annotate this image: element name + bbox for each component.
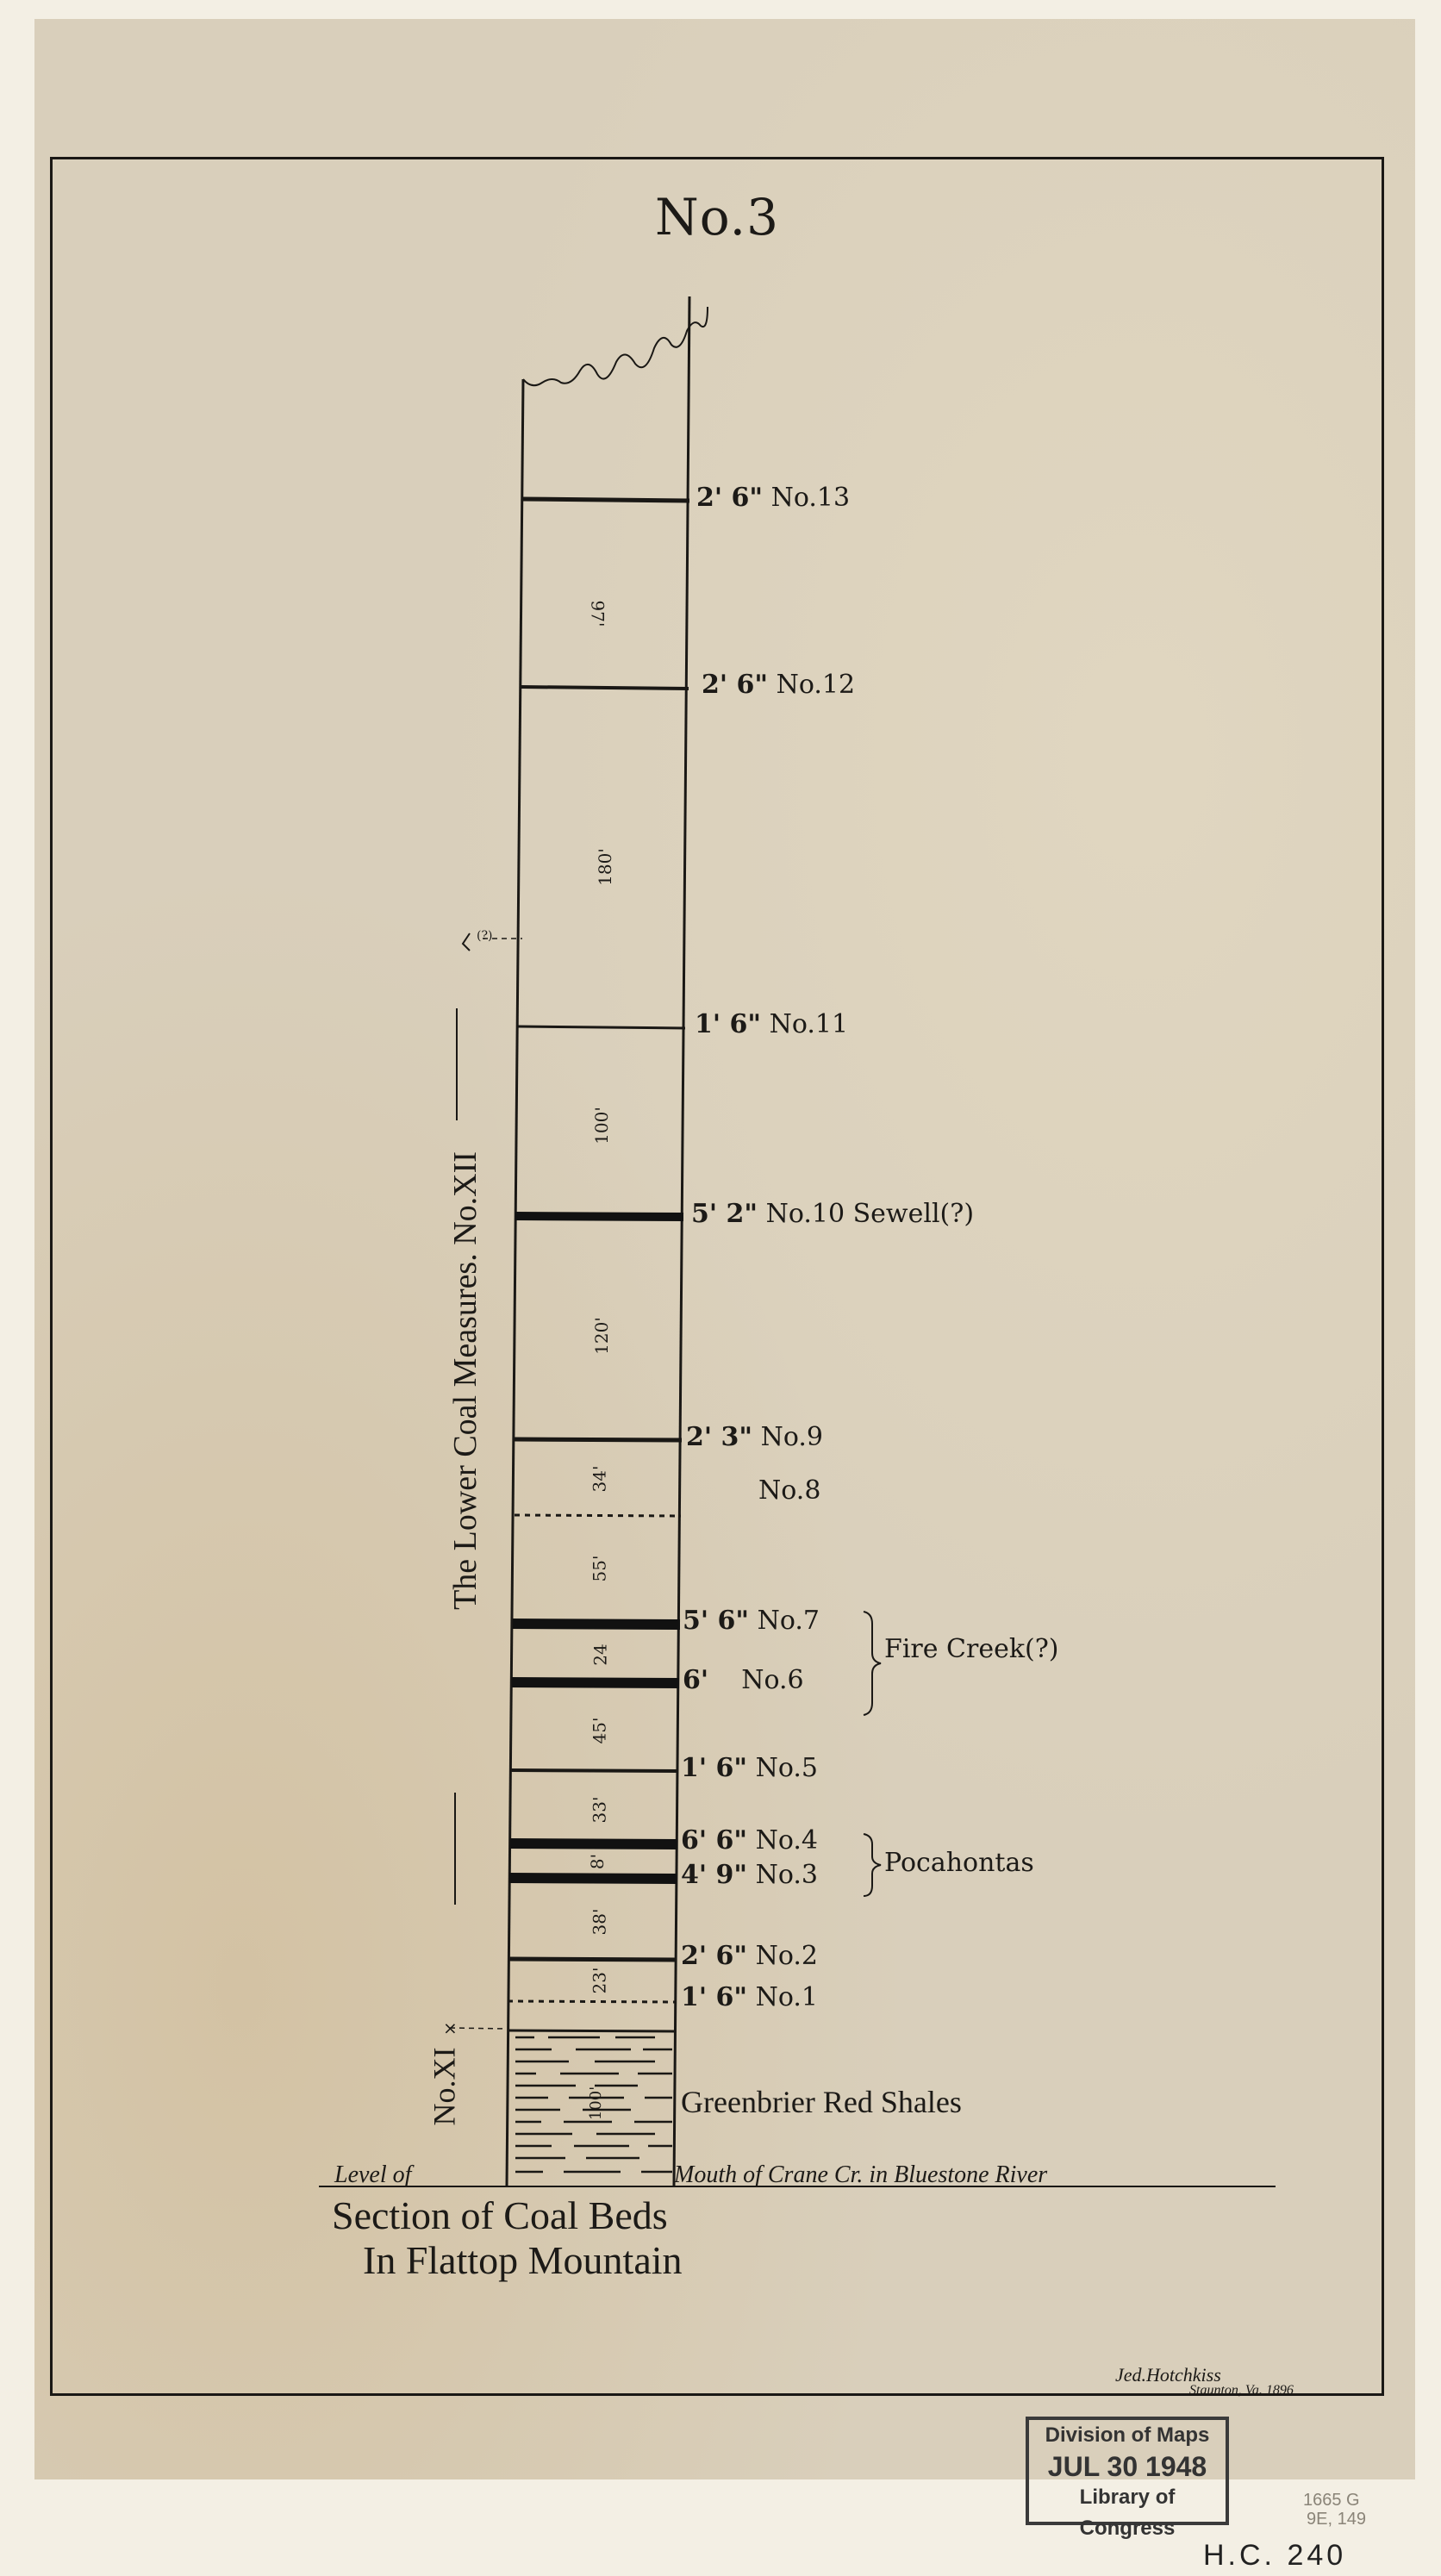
coal-line-no12 xyxy=(521,687,689,689)
interval-label: 34' xyxy=(589,1466,609,1493)
coal-line-no10 xyxy=(515,1216,683,1217)
coal-bed-no8: No.8 xyxy=(758,1475,820,1506)
coal-line-no2 xyxy=(508,1959,676,1960)
stamp-line3: Library of Congress xyxy=(1029,2482,1226,2544)
coal-bed-no6: 6' No.6 xyxy=(683,1665,804,1695)
coal-bed-no7: 5' 6" No.7 xyxy=(683,1606,820,1636)
interval-label: 24 xyxy=(590,1644,611,1665)
map-caption: Section of Coal Beds In Flattop Mountain xyxy=(332,2193,683,2283)
coal-bed-no2: 2' 6" No.2 xyxy=(681,1941,818,1971)
interval-label: 100' xyxy=(591,1107,612,1145)
stamp-line1: Division of Maps xyxy=(1029,2420,1226,2451)
mouth-of-crane-creek-label: Mouth of Crane Cr. in Bluestone River xyxy=(674,2161,1047,2189)
coal-bed-no1: 1' 6" No.1 xyxy=(681,1982,818,2012)
coal-bed-no4: 6' 6" No.4 xyxy=(681,1825,818,1856)
coal-line-no13 xyxy=(522,499,689,501)
coal-line-no5 xyxy=(511,1770,678,1771)
svg-text:×: × xyxy=(443,2018,458,2038)
coal-line-no8 xyxy=(515,1515,681,1516)
interval-label: 33' xyxy=(589,1797,609,1824)
interval-label: 23' xyxy=(589,1968,609,1994)
coal-line-no7 xyxy=(513,1624,680,1625)
coal-bed-no11: 1' 6" No.11 xyxy=(695,1009,848,1039)
coal-line-no9 xyxy=(515,1439,682,1440)
shale-interval-label: 100' xyxy=(587,2086,605,2120)
interval-label: 180' xyxy=(595,848,615,886)
coal-bed-no13: 2' 6" No.13 xyxy=(696,483,850,513)
stratigraphic-column: × xyxy=(0,0,1441,2576)
lower-coal-measures-label: The Lower Coal Measures. No.XII xyxy=(446,1079,484,1682)
coal-bed-no5: 1' 6" No.5 xyxy=(681,1753,818,1783)
coal-line-no6 xyxy=(512,1682,679,1683)
interval-label: 38' xyxy=(589,1909,609,1936)
handwritten-ref1: 1665 G xyxy=(1303,2491,1360,2511)
interval-label: 55' xyxy=(589,1556,609,1582)
library-stamp: Division of Maps JUL 30 1948 Library of … xyxy=(1026,2417,1229,2525)
stamp-line2: JUL 30 1948 xyxy=(1029,2451,1226,2482)
coal-bed-no9: 2' 3" No.9 xyxy=(686,1422,823,1452)
question-mark-label: (?) xyxy=(477,929,492,943)
interval-label: 45' xyxy=(589,1718,609,1744)
no-xi-label: No.XI xyxy=(426,2048,462,2126)
interval-label: 8' xyxy=(587,1854,608,1869)
caption-line2: In Flattop Mountain xyxy=(332,2238,683,2283)
coal-bed-no3: 4' 9" No.3 xyxy=(681,1860,818,1890)
group-fire-creek: Fire Creek(?) xyxy=(884,1634,1059,1664)
catalog-number: H.C. 240 xyxy=(1203,2539,1346,2573)
handwritten-ref2: 9E, 149 xyxy=(1307,2510,1366,2529)
group-pocahontas: Pocahontas xyxy=(884,1848,1034,1878)
interval-label: 97' xyxy=(587,601,608,627)
caption-line1: Section of Coal Beds xyxy=(332,2193,683,2238)
interval-label: 120' xyxy=(591,1317,612,1355)
greenbrier-shales-label: Greenbrier Red Shales xyxy=(681,2084,962,2120)
coal-line-no4 xyxy=(510,1843,677,1844)
level-of-label: Level of xyxy=(334,2161,411,2189)
coal-bed-no12: 2' 6" No.12 xyxy=(702,670,855,700)
coal-line-no1 xyxy=(508,2001,675,2002)
coal-bed-no10: 5' 2" No.10 Sewell(?) xyxy=(691,1199,974,1229)
coal-line-no3 xyxy=(509,1878,677,1879)
signature-place: Staunton, Va. 1896 xyxy=(1189,2383,1294,2398)
coal-line-no11 xyxy=(518,1026,685,1028)
